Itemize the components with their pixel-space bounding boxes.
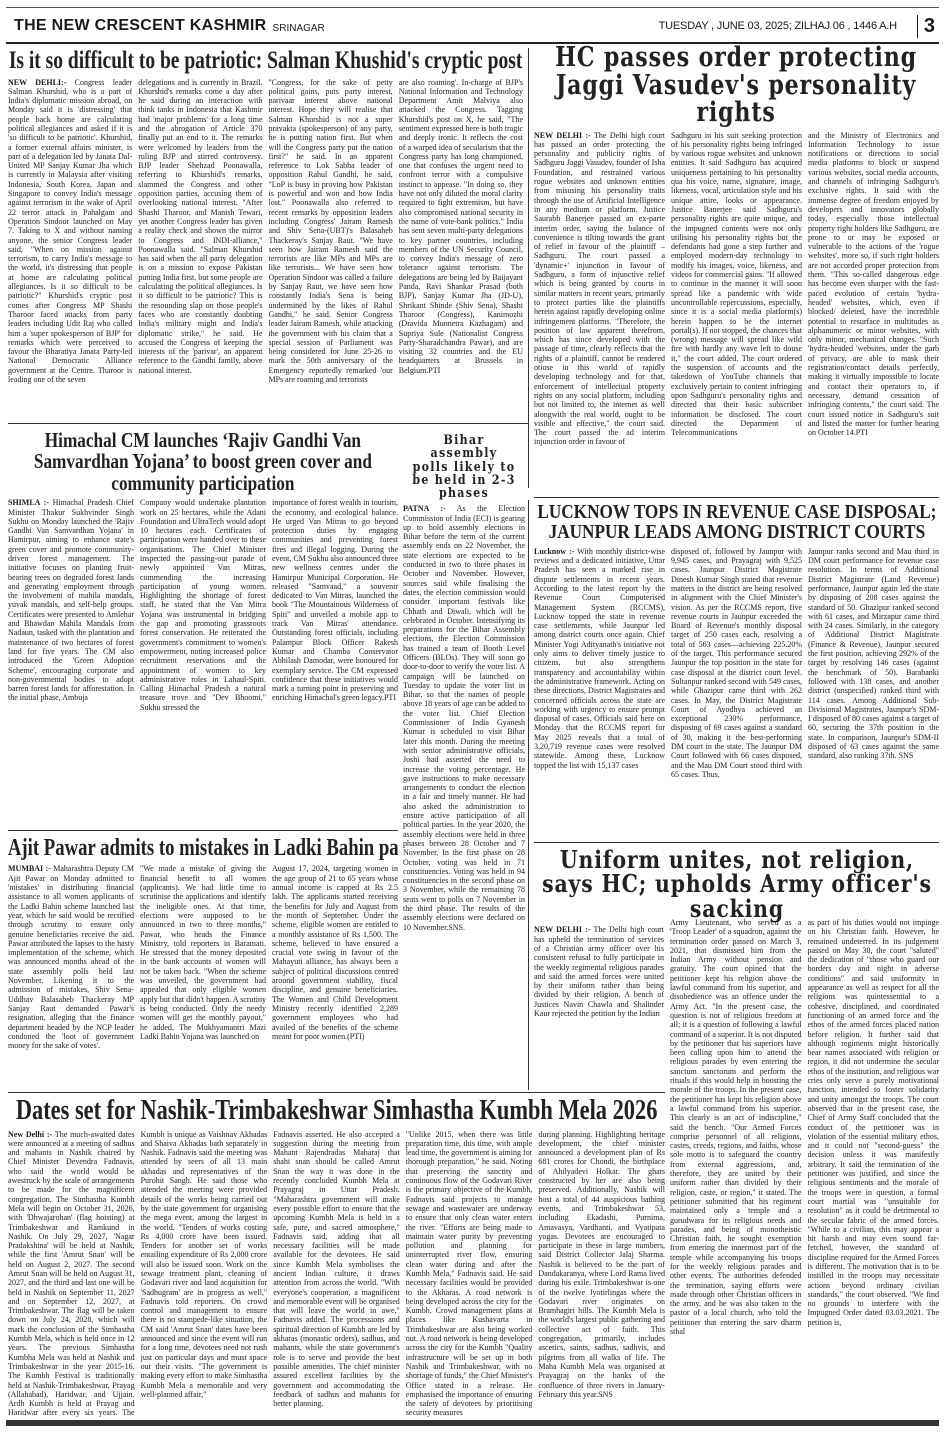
body-column: Jaunpur ranks second and Mau third in DM… [808, 547, 939, 827]
dateline: PATNA :- [403, 504, 446, 513]
city-label: SRINAGAR [273, 23, 325, 34]
article-khurshid: Is it so difficult to be patriotic: Salm… [8, 48, 523, 420]
article-ajit-pawar: Ajit Pawar admits to mistakes in Ladki B… [8, 836, 398, 1088]
headline: Himachal CM launches ‘Rajiv Gandhi Van S… [8, 430, 398, 494]
top-rule [6, 7, 939, 8]
masthead: THE NEW CRESCENT KASHMIR SRINAGAR TUESDA… [6, 10, 939, 44]
body-column: NEW DELHI :- The Delhi high court has pa… [534, 131, 665, 496]
column-divider [528, 500, 529, 1090]
body-column: and the Ministry of Electronics and Info… [808, 131, 939, 496]
body-column: Sadhguru in his suit seeking protection … [671, 131, 802, 496]
section-rule [8, 1092, 665, 1093]
section-rule [8, 830, 398, 831]
dateline: NEW DEHLI:- [8, 78, 66, 87]
body-column: August 17, 2024, targeting women in the … [272, 864, 398, 1084]
article-sadhguru: HC passes order protecting Jaggi Vasudev… [534, 44, 939, 496]
body-column: Lucknow :- With monthly district-wise re… [534, 547, 665, 827]
dateline: NEW DELHI :- [534, 925, 590, 934]
bottom-bar [6, 1420, 939, 1426]
headline: Bihar assembly polls likely to be held i… [412, 434, 516, 500]
body-column: "We made a mistake of giving the financi… [140, 864, 266, 1084]
dateline: SHIMLA :- [8, 498, 49, 507]
body-column: Company would undertake plantation work … [140, 498, 266, 818]
page-number: 3 [917, 15, 935, 38]
section-rule [534, 842, 939, 843]
dateline: New Delhi :- [8, 1130, 52, 1139]
body-column: are also roaming'. In-charge of BJP's Na… [399, 78, 523, 418]
body-column: New Delhi :- The much-awaited dates were… [8, 1130, 135, 1418]
dateline: Lucknow :- [534, 547, 574, 556]
body-column: as part of his duties would not impinge … [808, 918, 940, 1418]
body-column: "Unlike 2015, when there was little prep… [406, 1130, 533, 1418]
body-column: PATNA :- As the Election Commission of I… [403, 504, 525, 1084]
dateline: NEW DELHI :- [534, 131, 591, 140]
headline: Ajit Pawar admits to mistakes in Ladki B… [8, 836, 397, 860]
article-bihar: Bihar assembly polls likely to be held i… [403, 434, 525, 1084]
body-column: delegations and is currently in Brazil. … [138, 78, 262, 418]
body-column: SHIMLA :- Himachal Pradesh Chief Ministe… [8, 498, 134, 818]
newspaper-name: THE NEW CRESCENT KASHMIR [14, 17, 267, 35]
article-lucknow: LUCKNOW TOPS IN REVENUE CASE DISPOSAL; J… [534, 502, 939, 830]
headline: Is it so difficult to be patriotic: Salm… [8, 48, 522, 74]
headline: LUCKNOW TOPS IN REVENUE CASE DISPOSAL; J… [534, 502, 938, 543]
body-column: disposed of, followed by Jaunpur with 9,… [671, 547, 802, 827]
article-army-continued: Army Lieutenant, who served as a 'Troop … [670, 918, 939, 1423]
issue-date: TUESDAY , JUNE 03, 2025; ZILHAJ 06 , 144… [659, 20, 897, 32]
body-column: "Congress, for the sake of petty politic… [269, 78, 393, 418]
body-column: MUMBAI :- Maharashtra Deputy CM Ajit Paw… [8, 864, 134, 1084]
body-column: Fadnavis asserted. He also accepted a su… [273, 1130, 400, 1418]
body-column: importance of forest wealth in tourism, … [272, 498, 398, 818]
column-divider [528, 48, 529, 488]
body-column: Kumbh is unique as Vaishnav Akhadas and … [141, 1130, 268, 1418]
headline: HC passes order protecting Jaggi Vasudev… [534, 44, 939, 127]
section-rule [8, 423, 528, 424]
body-column: Army Lieutenant, who served as a 'Troop … [670, 918, 802, 1418]
section-rule [534, 497, 939, 498]
article-kumbh: Dates set for Nashik-Trimbakeshwar Simha… [8, 1097, 665, 1422]
headline: Uniform unites, not religion, says HC; u… [534, 848, 939, 921]
headline: Dates set for Nashik-Trimbakeshwar Simha… [8, 1097, 665, 1126]
body-column: during planning. Highlighting heritage d… [538, 1130, 665, 1418]
body-column: NEW DEHLI:- Congress leader Salman Khurs… [8, 78, 132, 418]
body-column: NEW DELHI :- The Delhi high court has up… [534, 925, 664, 1065]
article-himachal: Himachal CM launches ‘Rajiv Gandhi Van S… [8, 430, 398, 825]
dateline: MUMBAI :- [8, 864, 51, 873]
